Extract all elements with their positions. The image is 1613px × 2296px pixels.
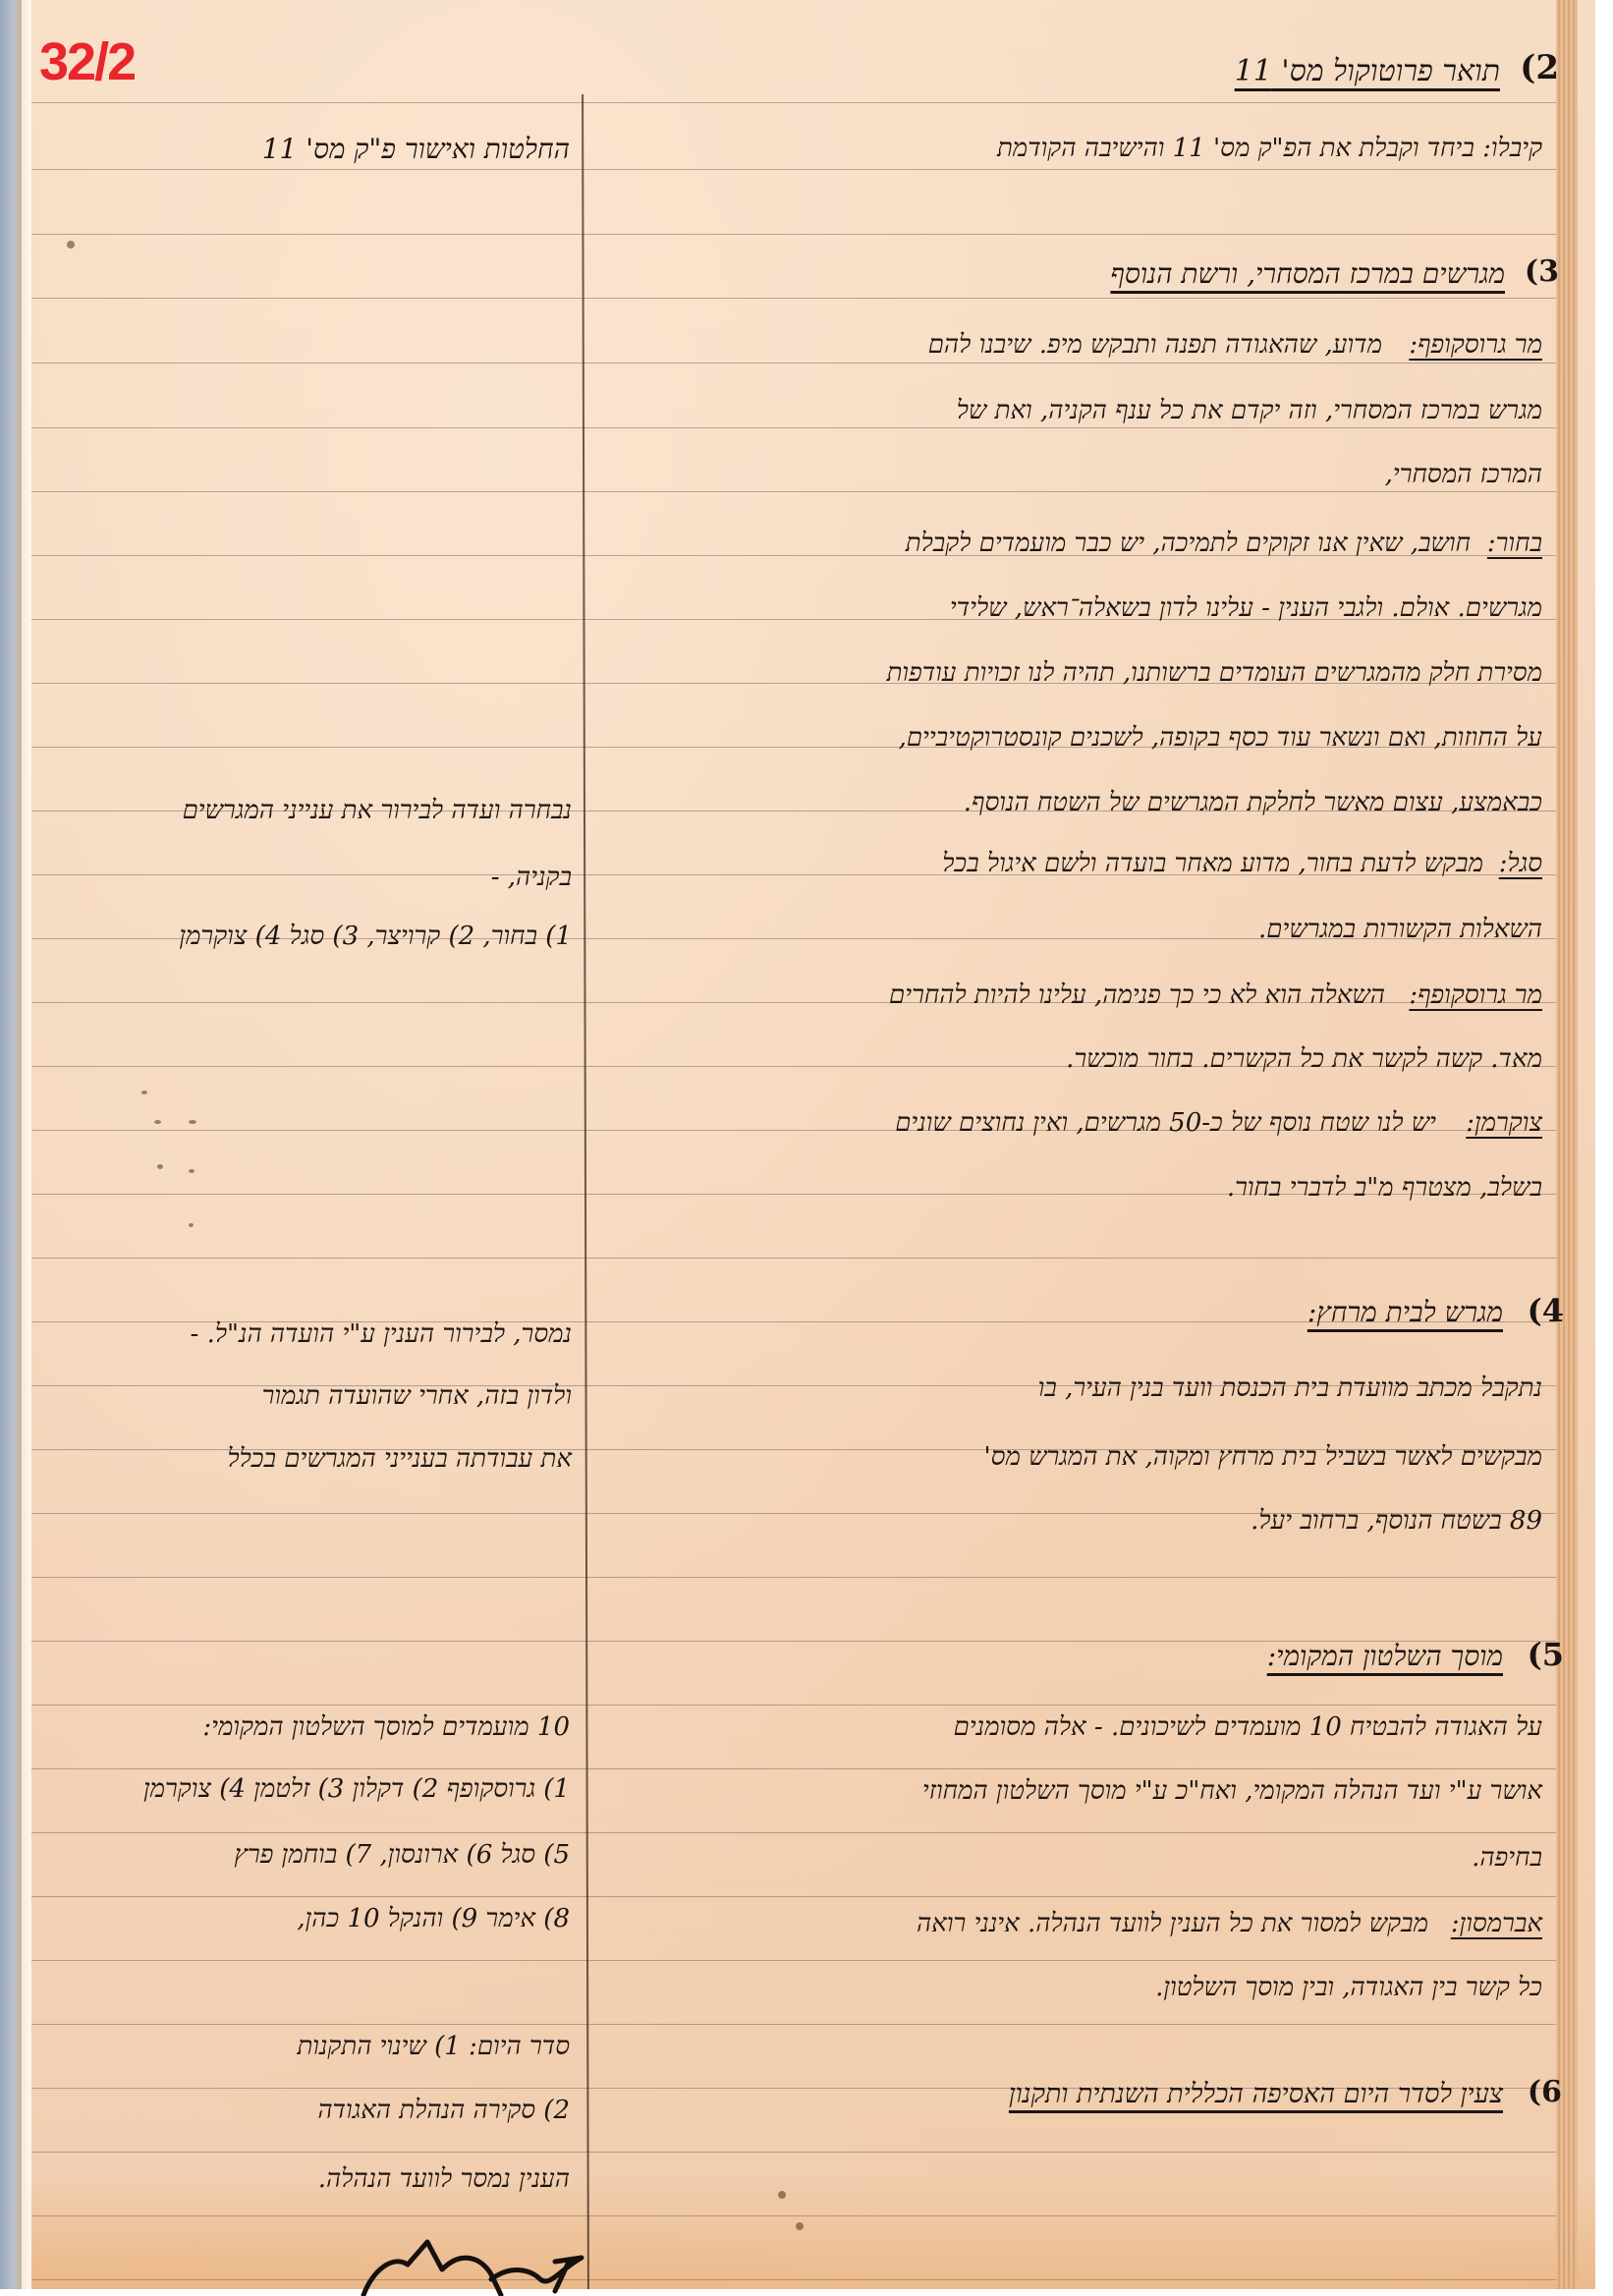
- item-number: 3): [1525, 254, 1559, 289]
- item2-number: 2): [1520, 51, 1559, 84]
- item-number: 5): [1528, 1636, 1564, 1673]
- item3-title: מגרשים במרכז המסחרי, ורשת הנוסף: [1110, 260, 1505, 288]
- item5-number: 5): [1528, 1639, 1564, 1670]
- minutes-line: יש לנו שטח נוסף של כ-50 מגרשים, ואין נחו…: [895, 1110, 1436, 1136]
- minutes-line: בחיפה.: [1472, 1845, 1542, 1871]
- left-column-header: החלטות ואישור פ"ק מס' 11: [262, 136, 570, 163]
- item5-title: מוסך השלטון המקומי:: [1267, 1643, 1503, 1670]
- decision3-line: בקניה, -: [491, 865, 572, 890]
- ruled-line: [31, 1832, 1556, 1833]
- ruled-line: [31, 1258, 1556, 1259]
- ruled-line: [31, 2024, 1556, 2025]
- ink-spot: [189, 1169, 195, 1173]
- ruled-line: [31, 298, 1556, 299]
- minutes-line: אושר ע"י ועד הנהלה המקומי, ואח"כ ע"י מוס…: [922, 1778, 1542, 1804]
- ruled-line: [31, 169, 1556, 170]
- item3-paragraph: מר גרוסקופף:: [1409, 982, 1542, 1008]
- speaker-name: מר גרוסקופף:: [1409, 330, 1542, 360]
- minutes-line: על האגודה להבטיח 10 מועמדים לשיכונים. - …: [954, 1714, 1542, 1740]
- decision4-line: את עבודתה בענייני המגרשים בכלל: [227, 1446, 572, 1472]
- scan-margin-bottom: [0, 2289, 1613, 2296]
- minutes-line: חושב, שאין אנו זקוקים לתמיכה, יש כבר מוע…: [906, 531, 1471, 556]
- ink-spot: [778, 2191, 786, 2199]
- minutes-line: מסירת חלק מהמגרשים העומדים ברשותנו, תהיה…: [887, 660, 1542, 686]
- minutes-line: כבאמצע, עצום מאשר לחלקת המגרשים של השטח …: [964, 790, 1542, 815]
- item3-paragraph: מר גרוסקופף:: [1409, 332, 1542, 358]
- ruled-line: [31, 1896, 1556, 1897]
- ruled-line: [31, 2279, 1556, 2280]
- speaker-name: אברמסון:: [1451, 1909, 1542, 1938]
- speaker-name: מר גרוסקופף:: [1409, 980, 1542, 1010]
- ruled-line: [31, 234, 1556, 235]
- ruled-line: [31, 1705, 1556, 1706]
- ruled-line: [31, 2215, 1556, 2216]
- item3-paragraph: סגל:: [1499, 851, 1542, 876]
- decision5-line: 1) גרוסקופף 2) דקלון 3) זלטמן 4) צוקרמן: [143, 1776, 570, 1802]
- page-number-stamp: 32/2: [39, 31, 135, 92]
- minutes-line: מגרשים. אולם. ולגבי הענין - עלינו לדון ב…: [950, 595, 1542, 621]
- minutes-line: בשלב, מצטרף מ"ב לדברי בחור.: [1227, 1175, 1542, 1201]
- scanned-document: 32/2 החלטות ואישור פ"ק מס' 11 נבחרה ועדה…: [0, 0, 1613, 2296]
- item-number: 6): [1528, 2075, 1562, 2109]
- ink-spot: [796, 2222, 804, 2230]
- minutes-line: 89 בשטח הנוסף, ברחוב יעל.: [1251, 1508, 1542, 1534]
- ink-spot: [157, 1164, 163, 1169]
- agenda-line: 2) סקירה הנהלת האגודה: [317, 2098, 570, 2123]
- item4-number: 4): [1528, 1295, 1564, 1326]
- signature-icon: [354, 2230, 589, 2296]
- ruled-line: [31, 1960, 1556, 1961]
- decision3-line: 1) בחור, 2) קרויצר, 3) סגל 4) צוקרמן: [179, 924, 572, 949]
- decision4-line: נמסר, לבירור הענין ע"י הועדה הנ"ל. -: [191, 1321, 572, 1347]
- minutes-line: מאד. קשה לקשר את כל הקשרים. בחור מוכשר.: [1066, 1046, 1542, 1072]
- ruled-line: [31, 427, 1556, 428]
- ruled-line: [31, 491, 1556, 492]
- ruled-line: [31, 1768, 1556, 1769]
- item-number: 2): [1520, 48, 1559, 87]
- decision5-line: 5) סגל 6) ארונסון, 7) בוחמן פרץ: [234, 1842, 570, 1868]
- minutes-line: מבקש לדעת בחור, מדוע מאחר בועדה ולשם איג…: [942, 851, 1483, 876]
- binding-shadow: [0, 0, 22, 2296]
- minutes-line: מדוע, שהאגודה תפנה ותבקש מיפ. שיבנו להם: [928, 332, 1382, 358]
- decision5-intro: 10 מועמדים למוסך השלטון המקומי:: [202, 1714, 570, 1740]
- item4-title: מגרש לבית מרחץ:: [1307, 1299, 1503, 1326]
- item3-paragraph: צוקרמן:: [1466, 1110, 1542, 1136]
- item-number: 4): [1528, 1292, 1564, 1329]
- decision4-line: ולדון בזה, אחרי שהועדה תגמור: [262, 1383, 572, 1409]
- ink-spot: [141, 1091, 147, 1094]
- item3-paragraph: בחור:: [1487, 531, 1542, 556]
- minutes-line: על החוזות, ואם ונשאר עוד כסף בקופה, לשכנ…: [899, 725, 1542, 751]
- speaker-name: בחור:: [1487, 529, 1542, 558]
- ink-spot: [154, 1120, 161, 1124]
- agenda-line: סדר היום: 1) שינוי התקנות: [297, 2034, 570, 2059]
- minutes-line: כל קשר בין האגודה, ובין מוסך השלטון.: [1155, 1975, 1542, 2000]
- minutes-line: מבקשים לאשר בשביל בית מרחץ ומקוה, את המג…: [984, 1444, 1542, 1470]
- minutes-line: מגרש במרכז המסחרי, וזה יקדם את כל ענף הק…: [957, 398, 1542, 423]
- minutes-line: מבקש למסור את כל הענין לוועד הנהלה. איננ…: [917, 1911, 1428, 1936]
- ruled-line: [31, 363, 1556, 364]
- item6-number: 6): [1528, 2078, 1562, 2107]
- ink-spot: [67, 241, 75, 249]
- speaker-name: סגל:: [1499, 849, 1542, 878]
- decision3-line: נבחרה ועדה לבירור את ענייני המגרשים: [183, 798, 572, 823]
- agenda-line: הענין נמסר לוועד הנהלה.: [318, 2166, 570, 2192]
- ink-spot: [189, 1223, 194, 1227]
- item3-number: 3): [1525, 257, 1559, 287]
- ink-spot: [189, 1120, 196, 1124]
- ruled-line: [31, 102, 1556, 103]
- item2-title: תואר פרוטוקול מס' 11: [1235, 57, 1500, 86]
- decision5-line: 8) אימר 9) והנקל 10 כהן,: [297, 1906, 570, 1932]
- page-edge: [1556, 0, 1578, 2289]
- item2-line: קיבלו: ביחד וקבלת את הפ"ק מס' 11 והישיבה…: [997, 136, 1542, 161]
- item6-title: צעין לסדר היום האסיפה הכללית השנתית ותקנ…: [1009, 2081, 1503, 2107]
- minutes-line: המרכז המסחרי,: [1385, 462, 1542, 487]
- minutes-line: השאלות הקשורות במגרשים.: [1258, 917, 1542, 942]
- scan-margin: [1595, 0, 1613, 2289]
- ruled-line: [31, 1577, 1556, 1578]
- speaker-name: צוקרמן:: [1466, 1108, 1542, 1138]
- minutes-line: השאלה הוא לא כי כך פנימה, עלינו להיות לה…: [889, 982, 1385, 1008]
- item5-paragraph: אברמסון:: [1451, 1911, 1542, 1936]
- ruled-line: [31, 2152, 1556, 2153]
- minutes-line: נתקבל מכתב מוועדת בית הכנסת וועד בנין הע…: [1038, 1375, 1542, 1401]
